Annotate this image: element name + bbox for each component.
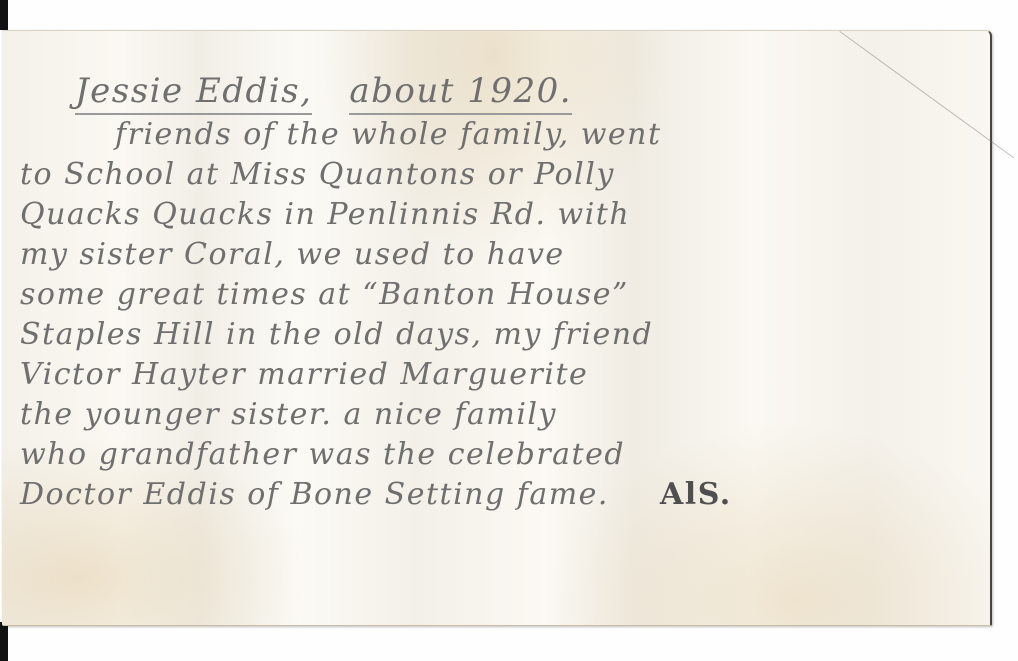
- scan-edge: [0, 0, 8, 30]
- note-line: Victor Hayter married Marguerite: [20, 355, 970, 395]
- note-line: who grandfather was the celebrated: [20, 435, 970, 475]
- note-line: Staples Hill in the old days, my friend: [20, 315, 970, 355]
- note-line-last: Doctor Eddis of Bone Setting fame. AlS.: [20, 475, 970, 515]
- scan-edge: [0, 622, 8, 661]
- note-line: friends of the whole family, went: [20, 115, 970, 155]
- photo-back-card: Jessie Eddis, about 1920. friends of the…: [2, 30, 992, 626]
- title-date: about 1920.: [349, 71, 572, 115]
- note-line: Doctor Eddis of Bone Setting fame.: [20, 477, 609, 512]
- note-line: to School at Miss Quantons or Polly: [20, 155, 970, 195]
- note-line: some great times at “Banton House”: [20, 275, 970, 315]
- handwritten-note: Jessie Eddis, about 1920. friends of the…: [20, 71, 970, 515]
- note-line: the younger sister. a nice family: [20, 395, 970, 435]
- signature: AlS.: [660, 477, 732, 512]
- note-title: Jessie Eddis, about 1920.: [20, 71, 970, 111]
- note-line: Quacks Quacks in Penlinnis Rd. with: [20, 195, 970, 235]
- title-name: Jessie Eddis,: [75, 71, 312, 115]
- note-line: my sister Coral, we used to have: [20, 235, 970, 275]
